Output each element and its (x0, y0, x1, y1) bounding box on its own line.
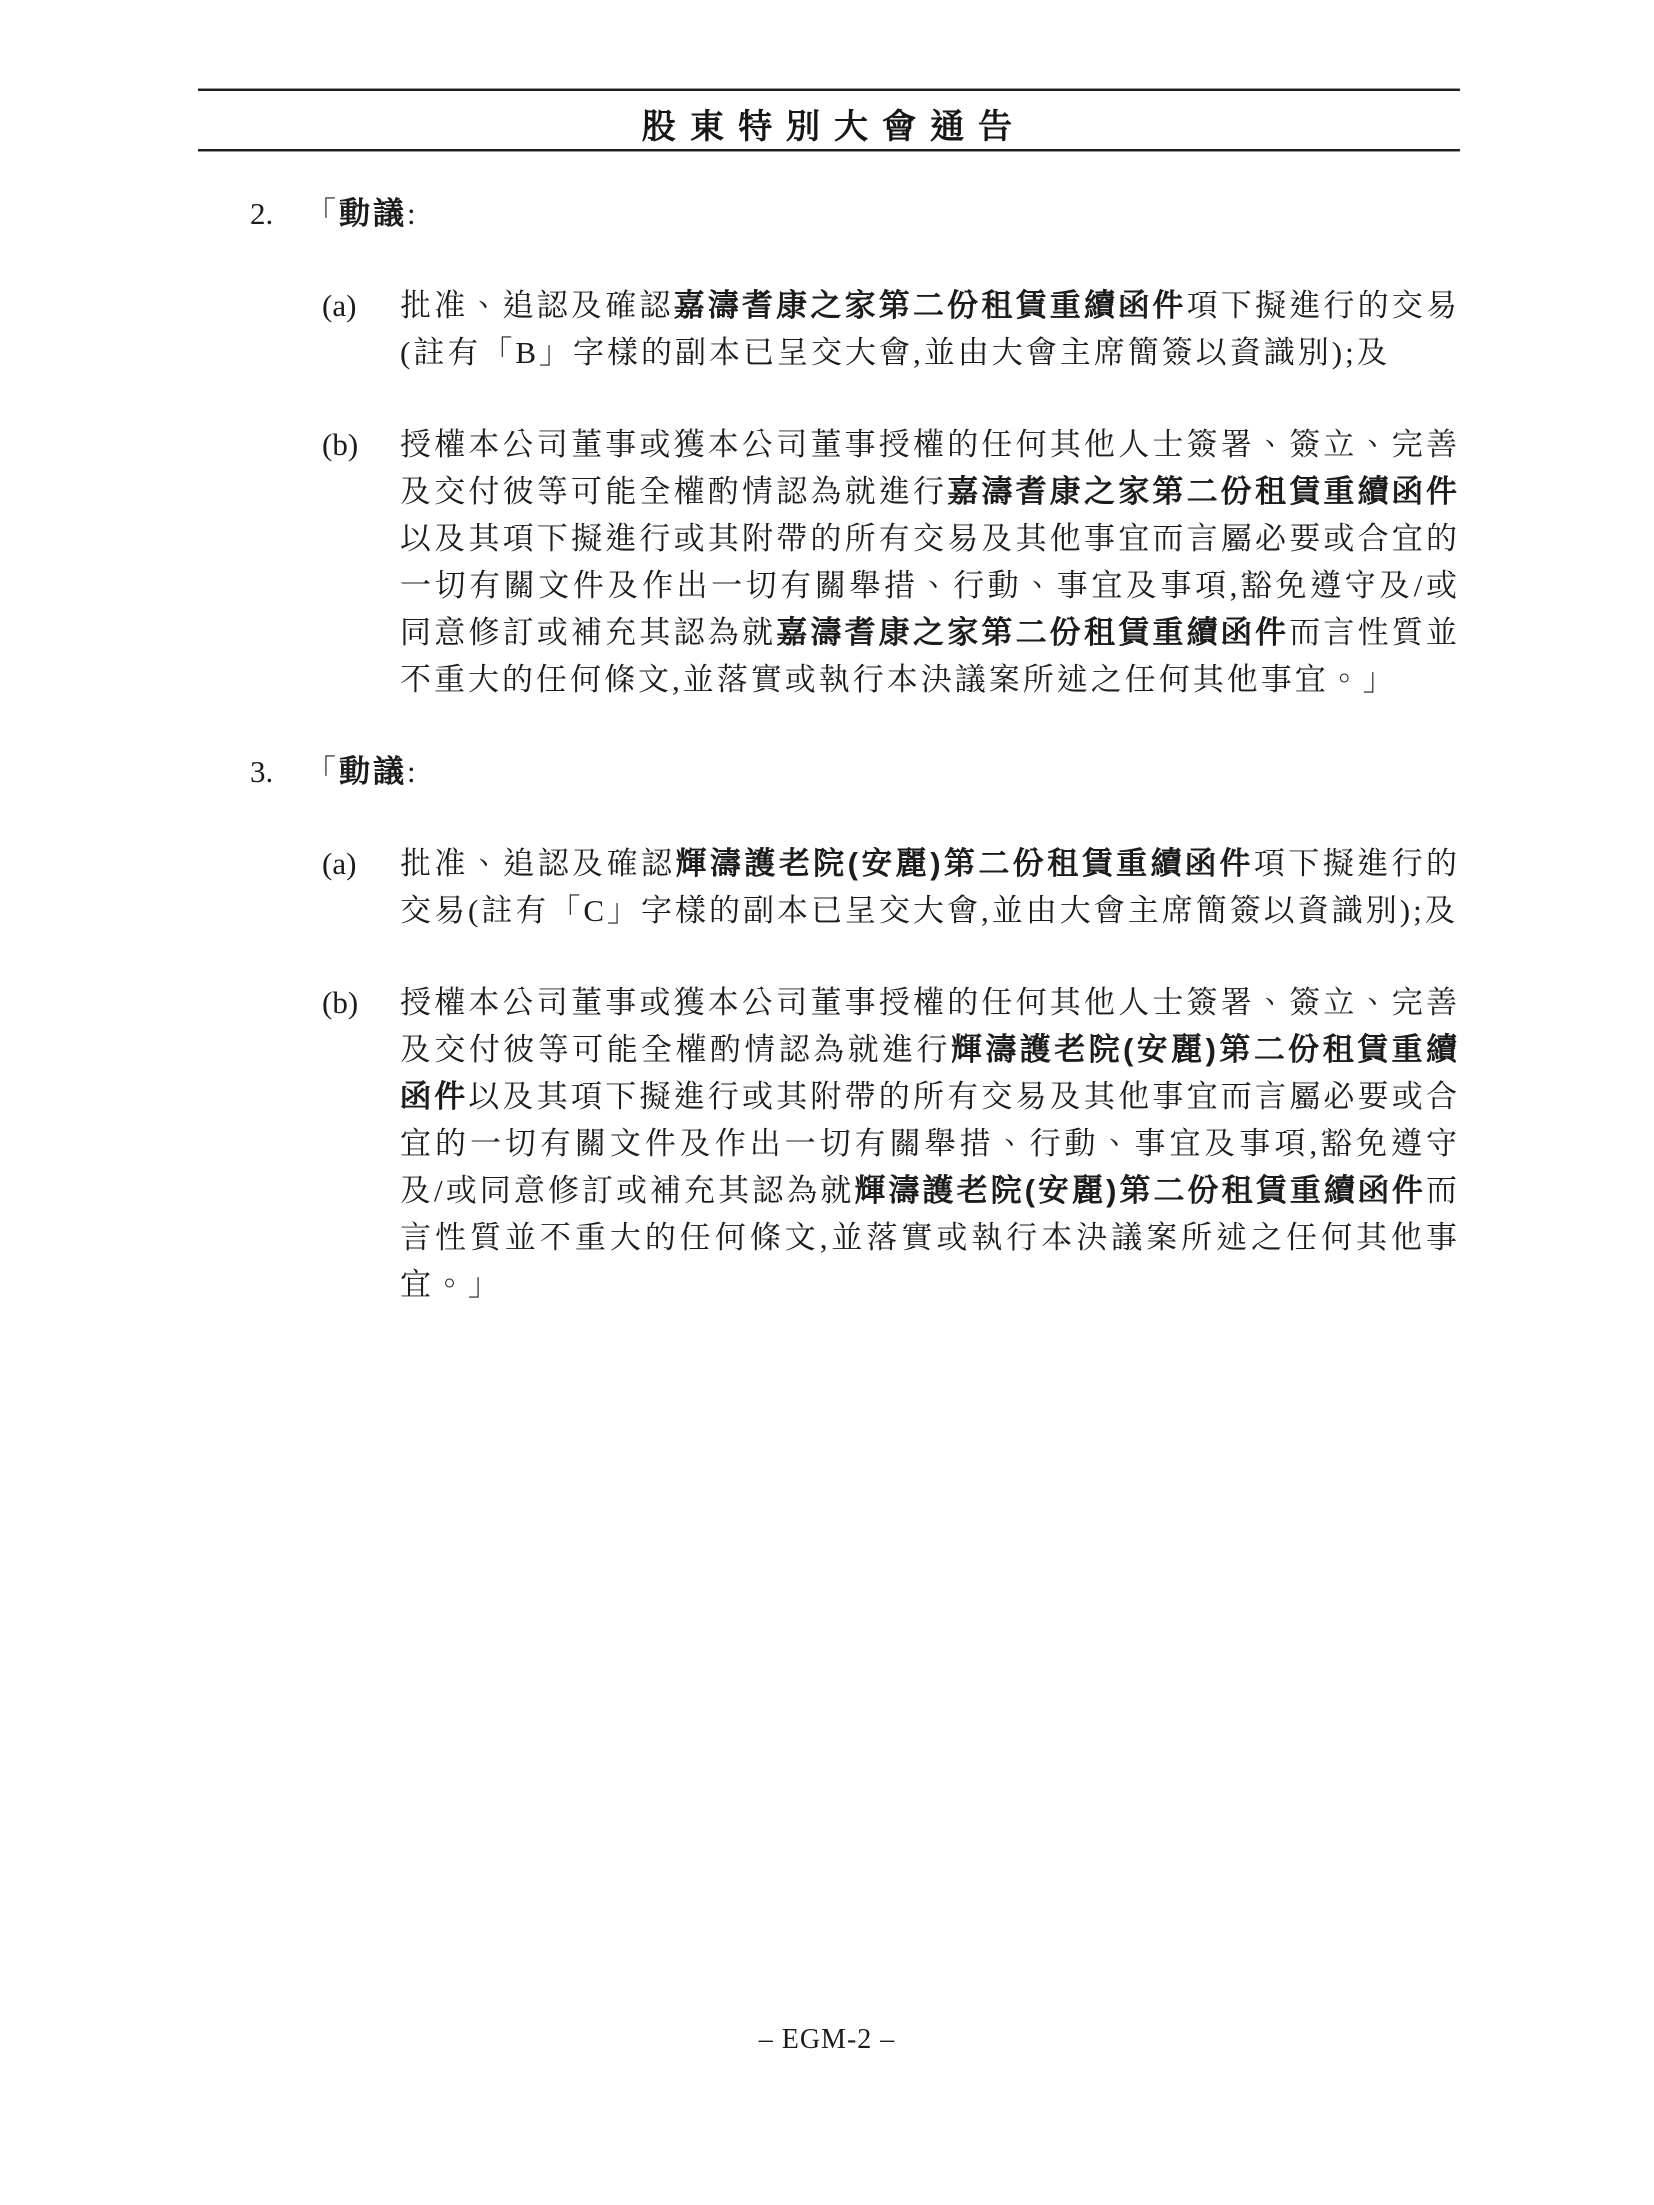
page-title: 股東特別大會通告 (0, 99, 1654, 148)
resolution-3-heading: 3. 「動議: (250, 748, 1460, 795)
item-text: 授權本公司董事或獲本公司董事授權的任何其他人士簽署、簽立、完善及交付彼等可能全權… (400, 979, 1460, 1308)
resolution-number: 2. (250, 190, 305, 237)
footer-page-number: – EGM-2 – (0, 2024, 1654, 2056)
resolution-3-item-a: (a) 批准、追認及確認輝濤護老院(安麗)第二份租賃重續函件項下擬進行的交易(註… (322, 840, 1460, 934)
resolution-number: 3. (250, 748, 305, 795)
header-rule-bottom (198, 149, 1460, 152)
document-page: 股東特別大會通告 2. 「動議: (a) 批准、追認及確認嘉濤耆康之家第二份租賃… (0, 0, 1654, 2205)
resolution-2-heading: 2. 「動議: (250, 190, 1460, 237)
item-label: (b) (322, 421, 400, 703)
item-label: (a) (322, 282, 400, 376)
item-text: 批准、追認及確認嘉濤耆康之家第二份租賃重續函件項下擬進行的交易(註有「B」字樣的… (400, 282, 1460, 376)
resolution-intro: 「動議: (305, 190, 1460, 237)
item-text: 批准、追認及確認輝濤護老院(安麗)第二份租賃重續函件項下擬進行的交易(註有「C」… (400, 840, 1460, 934)
item-label: (b) (322, 979, 400, 1308)
resolution-2: 2. 「動議: (a) 批准、追認及確認嘉濤耆康之家第二份租賃重續函件項下擬進行… (250, 190, 1460, 703)
item-text: 授權本公司董事或獲本公司董事授權的任何其他人士簽署、簽立、完善及交付彼等可能全權… (400, 421, 1460, 703)
header-rule-top (198, 88, 1460, 91)
resolution-2-item-b: (b) 授權本公司董事或獲本公司董事授權的任何其他人士簽署、簽立、完善及交付彼等… (322, 421, 1460, 703)
resolution-2-item-a: (a) 批准、追認及確認嘉濤耆康之家第二份租賃重續函件項下擬進行的交易(註有「B… (322, 282, 1460, 376)
resolution-3-item-b: (b) 授權本公司董事或獲本公司董事授權的任何其他人士簽署、簽立、完善及交付彼等… (322, 979, 1460, 1308)
resolution-intro: 「動議: (305, 748, 1460, 795)
resolution-3: 3. 「動議: (a) 批准、追認及確認輝濤護老院(安麗)第二份租賃重續函件項下… (250, 748, 1460, 1308)
document-body: 2. 「動議: (a) 批准、追認及確認嘉濤耆康之家第二份租賃重續函件項下擬進行… (250, 190, 1460, 1353)
item-label: (a) (322, 840, 400, 934)
